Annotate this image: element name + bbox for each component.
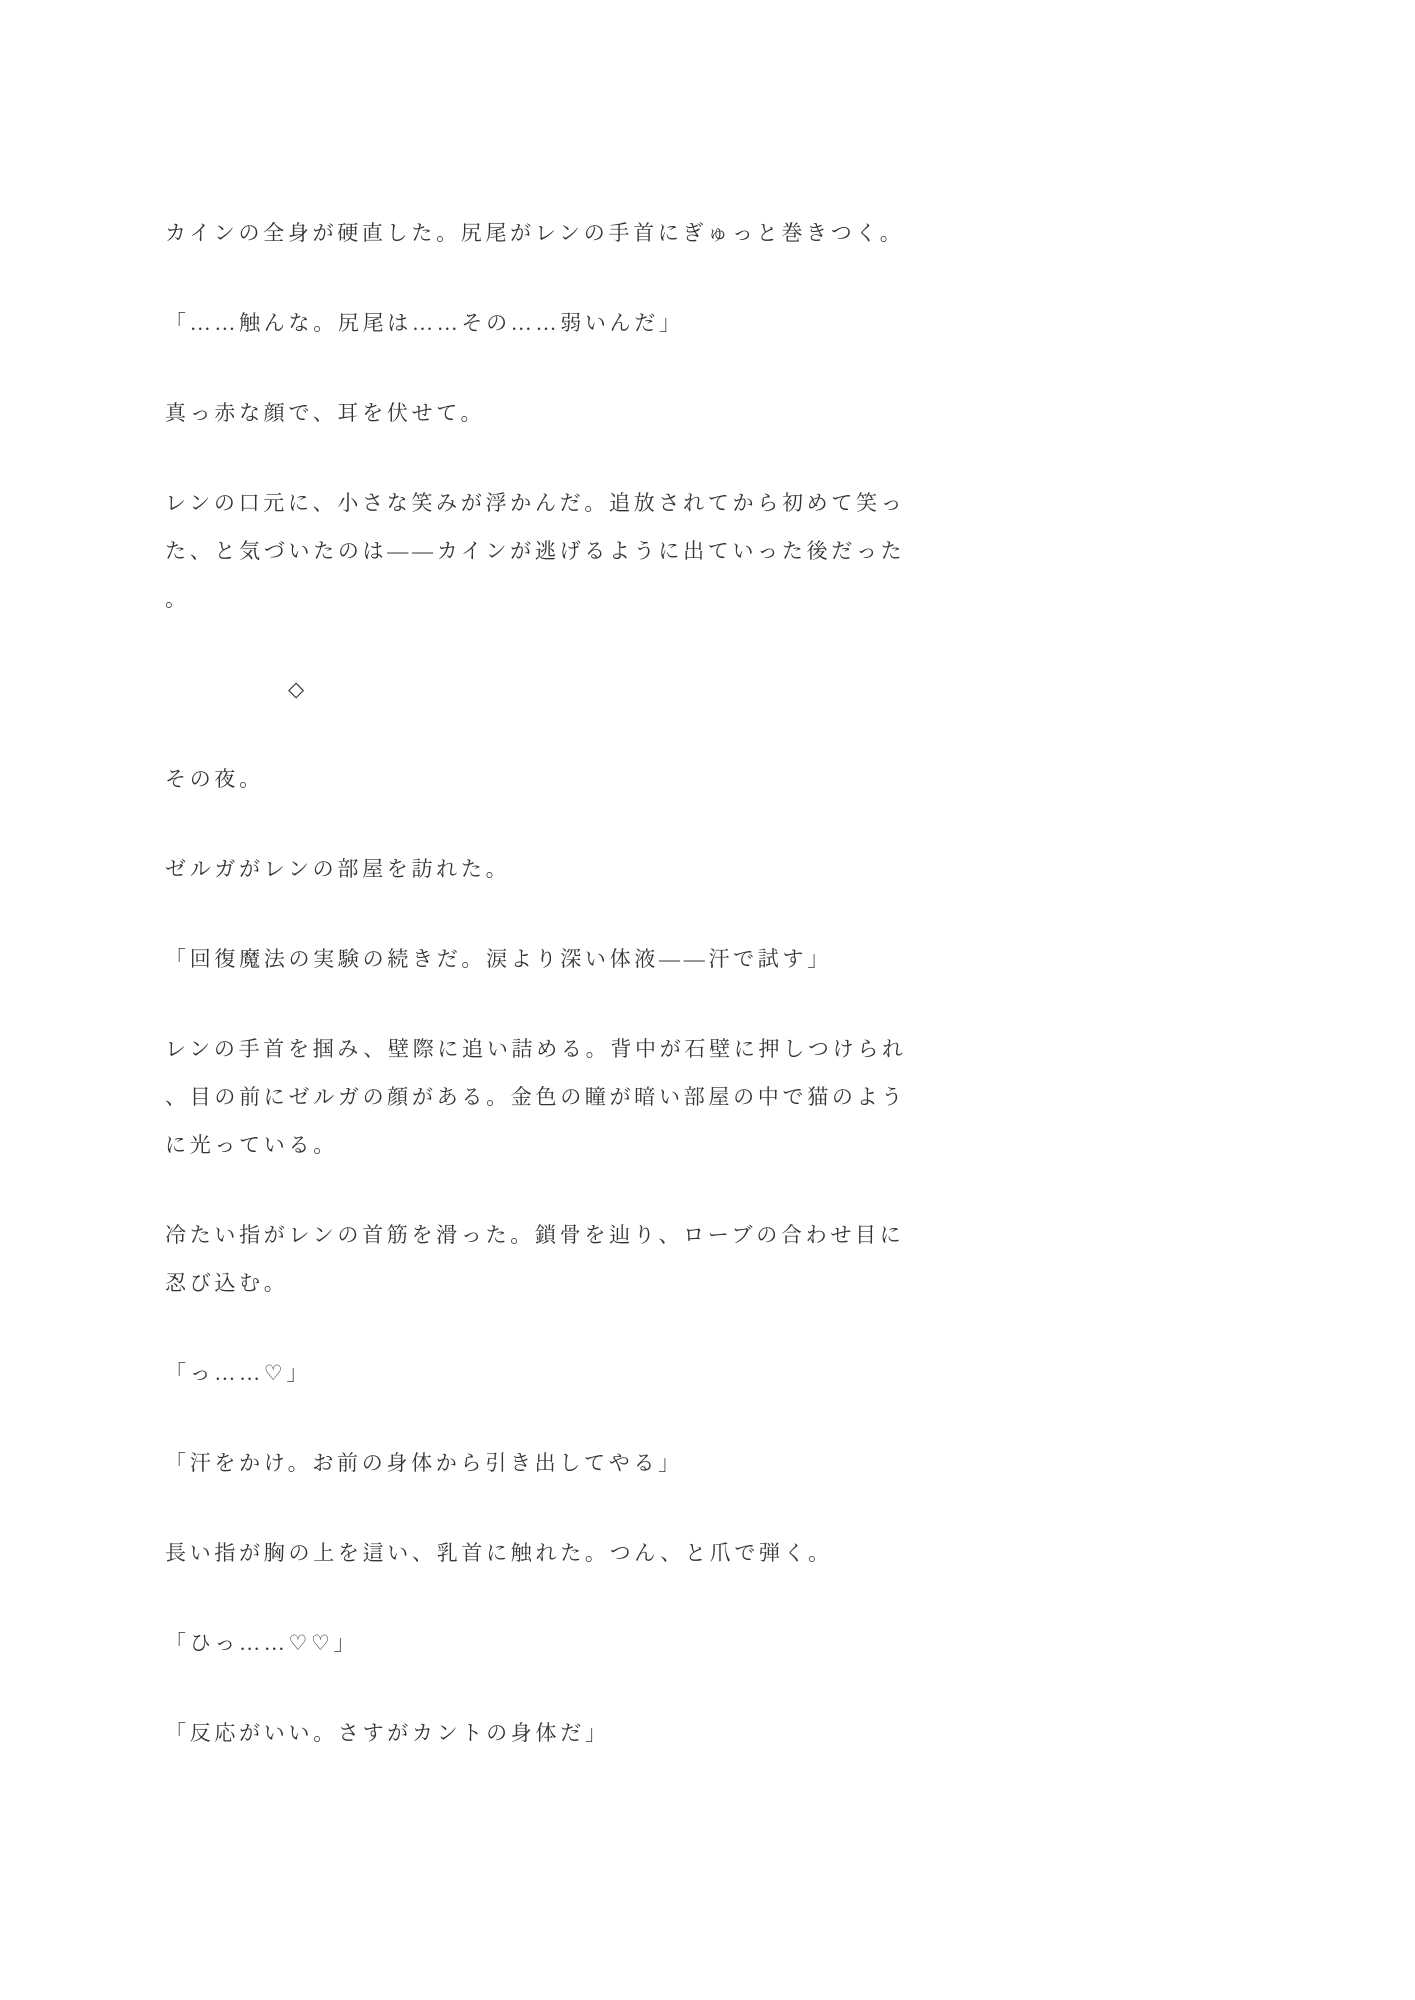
paragraph: レンの口元に、小さな笑みが浮かんだ。追放されてから初めて笑った、と気づいたのは—… [165, 479, 911, 623]
paragraph: その夜。 [165, 755, 911, 803]
paragraph: 長い指が胸の上を這い、乳首に触れた。つん、と爪で弾く。 [165, 1529, 911, 1577]
paragraph-dialogue: 「っ……♡」 [165, 1349, 911, 1397]
paragraph: カインの全身が硬直した。尻尾がレンの手首にぎゅっと巻きつく。 [165, 209, 911, 257]
paragraph-dialogue: 「……触んな。尻尾は……その……弱いんだ」 [165, 299, 911, 347]
paragraph-dialogue: 「回復魔法の実験の続きだ。涙より深い体液——汗で試す」 [165, 935, 911, 983]
paragraph: 冷たい指がレンの首筋を滑った。鎖骨を辿り、ローブの合わせ目に忍び込む。 [165, 1211, 911, 1307]
paragraph-dialogue: 「汗をかけ。お前の身体から引き出してやる」 [165, 1439, 911, 1487]
paragraph-dialogue: 「反応がいい。さすがカントの身体だ」 [165, 1709, 911, 1757]
paragraph: 真っ赤な顔で、耳を伏せて。 [165, 389, 911, 437]
paragraph-dialogue: 「ひっ……♡♡」 [165, 1619, 911, 1667]
paragraph: レンの手首を掴み、壁際に追い詰める。背中が石壁に押しつけられ、目の前にゼルガの顔… [165, 1025, 911, 1169]
document-page: カインの全身が硬直した。尻尾がレンの手首にぎゅっと巻きつく。 「……触んな。尻尾… [0, 0, 1415, 2000]
scene-divider: ◇ [165, 665, 1034, 713]
paragraph: ゼルガがレンの部屋を訪れた。 [165, 845, 911, 893]
